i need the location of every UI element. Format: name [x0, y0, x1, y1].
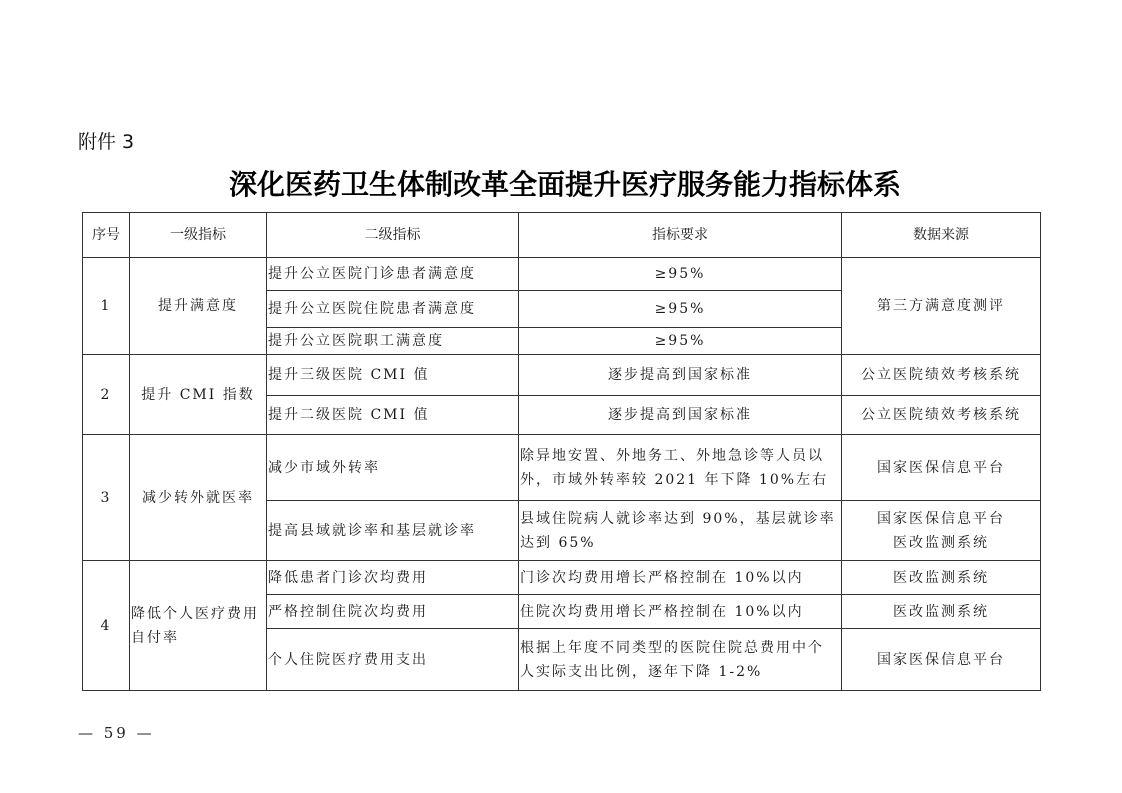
level1-indicator: 提升 CMI 指数 [130, 355, 267, 435]
data-source: 公立医院绩效考核系统 [842, 355, 1041, 396]
requirement: ≥95% [519, 291, 842, 328]
row-no: 2 [83, 355, 130, 435]
data-source-line: 国家医保信息平台 [844, 507, 1038, 531]
requirement: 门诊次均费用增长严格控制在 10%以内 [519, 561, 842, 595]
level2-indicator: 减少市域外转率 [267, 435, 519, 501]
document-title: 深化医药卫生体制改革全面提升医疗服务能力指标体系 [0, 163, 1122, 203]
requirement: 除异地安置、外地务工、外地急诊等人员以外，市域外转率较 2021 年下降 10%… [519, 435, 842, 501]
level2-indicator: 降低患者门诊次均费用 [267, 561, 519, 595]
level2-indicator: 严格控制住院次均费用 [267, 595, 519, 629]
header-no: 序号 [83, 213, 130, 258]
level1-indicator: 降低个人医疗费用自付率 [130, 561, 267, 691]
data-source: 公立医院绩效考核系统 [842, 396, 1041, 435]
requirement: 根据上年度不同类型的医院住院总费用中个人实际支出比例，逐年下降 1-2% [519, 629, 842, 691]
level2-indicator: 提升二级医院 CMI 值 [267, 396, 519, 435]
data-source: 国家医保信息平台 [842, 629, 1041, 691]
header-source: 数据来源 [842, 213, 1041, 258]
level2-indicator: 提升公立医院门诊患者满意度 [267, 258, 519, 291]
table-row: 3 减少转外就医率 减少市域外转率 除异地安置、外地务工、外地急诊等人员以外，市… [83, 435, 1041, 501]
data-source: 国家医保信息平台 [842, 435, 1041, 501]
requirement: ≥95% [519, 258, 842, 291]
attachment-label: 附件 3 [78, 127, 134, 154]
level2-indicator: 提升公立医院住院患者满意度 [267, 291, 519, 328]
data-source: 第三方满意度测评 [842, 258, 1041, 355]
level2-indicator: 提高县域就诊率和基层就诊率 [267, 501, 519, 561]
requirement: 县域住院病人就诊率达到 90%，基层就诊率达到 65% [519, 501, 842, 561]
header-requirement: 指标要求 [519, 213, 842, 258]
level2-indicator: 个人住院医疗费用支出 [267, 629, 519, 691]
level1-indicator: 提升满意度 [130, 258, 267, 355]
table-header-row: 序号 一级指标 二级指标 指标要求 数据来源 [83, 213, 1041, 258]
data-source-line: 医改监测系统 [844, 531, 1038, 555]
requirement: 住院次均费用增长严格控制在 10%以内 [519, 595, 842, 629]
data-source: 国家医保信息平台 医改监测系统 [842, 501, 1041, 561]
page-number: — 59 — [78, 724, 155, 742]
row-no: 1 [83, 258, 130, 355]
row-no: 3 [83, 435, 130, 561]
data-source: 医改监测系统 [842, 561, 1041, 595]
level2-indicator: 提升公立医院职工满意度 [267, 328, 519, 355]
level1-indicator: 减少转外就医率 [130, 435, 267, 561]
level2-indicator: 提升三级医院 CMI 值 [267, 355, 519, 396]
table-row: 2 提升 CMI 指数 提升三级医院 CMI 值 逐步提高到国家标准 公立医院绩… [83, 355, 1041, 396]
data-source: 医改监测系统 [842, 595, 1041, 629]
table-row: 4 降低个人医疗费用自付率 降低患者门诊次均费用 门诊次均费用增长严格控制在 1… [83, 561, 1041, 595]
row-no: 4 [83, 561, 130, 691]
header-level1: 一级指标 [130, 213, 267, 258]
requirement: 逐步提高到国家标准 [519, 396, 842, 435]
indicator-table: 序号 一级指标 二级指标 指标要求 数据来源 1 提升满意度 提升公立医院门诊患… [82, 212, 1041, 691]
header-level2: 二级指标 [267, 213, 519, 258]
requirement: 逐步提高到国家标准 [519, 355, 842, 396]
requirement: ≥95% [519, 328, 842, 355]
table-row: 1 提升满意度 提升公立医院门诊患者满意度 ≥95% 第三方满意度测评 [83, 258, 1041, 291]
